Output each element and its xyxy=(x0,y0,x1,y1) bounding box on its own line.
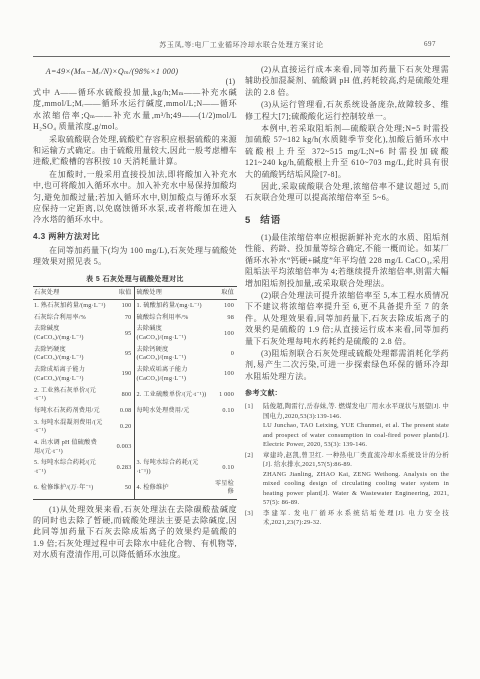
table-row: 去除钙硬度(CaCO₃)/(mg·L⁻¹) 95 去除钙硬度(CaCO₃)/(m… xyxy=(33,344,237,364)
table-cell xyxy=(135,438,210,458)
reference-chinese: 李建军. 发电厂循环水系统结垢处理[J]. 电力安全技术,2021,23(7):… xyxy=(263,510,449,527)
summary-paragraph-3: (3)阻垢剂联合石灰处理或硫酸处理都需消耗化学药剂,易产生二次污染,可进一步探索… xyxy=(245,348,449,382)
references-heading: 参考文献: xyxy=(245,388,449,398)
formula-note-paragraph: 式中 A——循环水硫酸投加量,kg/h;Mₘ——补充水碱度,mmol/L;Mᵣ—… xyxy=(33,87,237,133)
table-cell: 100 xyxy=(210,324,237,344)
reference-text: 李建军. 发电厂循环水系统结垢处理[J]. 电力安全技术,2021,23(7):… xyxy=(263,509,449,528)
table-cell: 0 xyxy=(210,344,237,364)
table-row: 去除碱度(CaCO₃)/(mg·L⁻¹) 95 去除碱度(CaCO₃)/(mg·… xyxy=(33,324,237,344)
reference-chinese: 陆俊超,陶雷行,岳春妹,等. 燃煤发电厂用水水平现状与展望[J]. 中国电力,2… xyxy=(263,403,449,420)
table-cell: 去除成垢离子能力(CaCO₃)/(mg·L⁻¹) xyxy=(135,365,210,385)
reference-marker: [2] xyxy=(245,451,258,508)
reference-english: LU Junchao, TAO Leixing, YUE Chunmei, et… xyxy=(263,422,449,448)
table-cell: 1. 硫酸加药量/(mg·L⁻¹) xyxy=(135,300,210,312)
reference-marker: [1] xyxy=(245,402,258,450)
table-cell: 190 xyxy=(108,365,135,385)
reference-chinese: 章建玲,赵凯,曾卫红. 一种热电厂类直流冷却水系统设计的分析[J]. 给水排水,… xyxy=(263,452,449,469)
table-cell: 100 xyxy=(210,365,237,385)
table-cell: 3. 每吨水混凝剂费用/(元·t⁻¹) xyxy=(33,417,108,437)
reference-item: [3] 李建军. 发电厂循环水系统结垢处理[J]. 电力安全技术,2021,23… xyxy=(245,509,449,528)
reference-text: 陆俊超,陶雷行,岳春妹,等. 燃煤发电厂用水水平现状与展望[J]. 中国电力,2… xyxy=(263,402,449,450)
table-cell: 每吨水处理费用/元 xyxy=(135,405,210,417)
table-cell: 50 xyxy=(108,478,135,499)
col-header-acid: 硫酸处理 xyxy=(135,286,210,300)
table-cell: 0.10 xyxy=(210,405,237,417)
table-cell: 95 xyxy=(108,324,135,344)
reference-text: 章建玲,赵凯,曾卫红. 一种热电厂类直流冷却水系统设计的分析[J]. 给水排水,… xyxy=(263,451,449,508)
paragraph-acid-storage: 采取硫酸联合处理,硫酸贮存容积应根据硫酸的来源和运输方式确定。由于硫酸用量较大,… xyxy=(33,134,237,168)
right-column: (2)从直接运行成本来看,同等加药量下石灰处理需辅助投加混凝剂、硫酸调 pH 值… xyxy=(245,64,449,562)
table-cell: 70 xyxy=(108,312,135,324)
table-cell: 1. 熟石灰加药量/(mg·L⁻¹) xyxy=(33,300,108,312)
section-4-3-heading: 4.3 两种方法对比 xyxy=(33,231,237,242)
section-5-heading: 5结语 xyxy=(245,212,449,226)
reference-marker: [3] xyxy=(245,509,258,528)
table-cell: 6. 检修维护/(万·年⁻¹) xyxy=(33,478,108,499)
col-header-lime: 石灰处理 xyxy=(33,286,108,300)
running-title: 苏玉凤,等:电厂工业循环冷却水联合处理方案讨论 xyxy=(159,41,324,49)
col-header-acid-value: 取值 xyxy=(210,286,237,300)
table-cell: 100 xyxy=(210,300,237,312)
section-5-number: 5 xyxy=(245,215,251,226)
paragraph-therefore: 因此,采取硫酸联合处理,浓缩倍率不建议超过 5,而石灰联合处理可以提高浓缩倍率至… xyxy=(245,181,449,204)
page-number: 697 xyxy=(424,40,436,48)
table-cell: 去除成垢离子能力(CaCO₃)/(mg·L⁻¹) xyxy=(33,365,108,385)
table-cell: 98 xyxy=(210,312,237,324)
formula: A=49×(Mₘ−Mᵣ/N)×Qₘ/(98%×1 000) xyxy=(33,67,237,76)
table-row: 2. 工业熟石灰单价/(元·t⁻¹) 800 2. 工业硫酸单价/(元·t⁻¹)… xyxy=(33,385,237,405)
paragraph-cost-comparison: (2)从直接运行成本来看,同等加药量下石灰处理需辅助投加混凝剂、硫酸调 pH 值… xyxy=(245,64,449,98)
table-cell xyxy=(210,417,237,437)
table-cell: 去除钙硬度(CaCO₃)/(mg·L⁻¹) xyxy=(33,344,108,364)
table-cell: 去除钙硬度(CaCO₃)/(mg·L⁻¹) xyxy=(135,344,210,364)
running-head: 苏玉凤,等:电厂工业循环冷却水联合处理方案讨论 697 xyxy=(33,40,450,54)
section-5-title: 结语 xyxy=(260,215,281,226)
table-cell: 5. 每吨水综合药耗/(元·t⁻¹) xyxy=(33,458,108,478)
table-cell: 去除碱度(CaCO₃)/(mg·L⁻¹) xyxy=(135,324,210,344)
table-5-caption: 表 5 石灰处理与硫酸处理对比 xyxy=(33,273,237,283)
table-cell: 4. 出水调 pH 值硫酸费用/(元·t⁻¹) xyxy=(33,438,108,458)
comparison-table: 石灰处理 取值 硫酸处理 取值 1. 熟石灰加药量/(mg·L⁻¹) 100 1… xyxy=(33,286,237,500)
table-cell: 每吨水石灰药剂费用/元 xyxy=(33,405,108,417)
table-row: 4. 出水调 pH 值硫酸费用/(元·t⁻¹) 0.003 xyxy=(33,438,237,458)
paragraph-acid-dosing: 在加酸时,一般采用直接投加法,即将酸加入补充水中,也可将酸加入循环水中。加入补充… xyxy=(33,169,237,226)
reference-item: [2] 章建玲,赵凯,曾卫红. 一种热电厂类直流冷却水系统设计的分析[J]. 给… xyxy=(245,451,449,508)
header-rule xyxy=(33,56,450,57)
table-cell: 3. 每吨水综合药耗/(元·t⁻¹)) xyxy=(135,458,210,478)
table-cell xyxy=(135,417,210,437)
table-row: 石灰综合利用率/% 70 硫酸综合利用率/% 98 xyxy=(33,312,237,324)
table-cell: 硫酸综合利用率/% xyxy=(135,312,210,324)
table-cell xyxy=(210,438,237,458)
col-header-lime-value: 取值 xyxy=(108,286,135,300)
table-row: 3. 每吨水混凝剂费用/(元·t⁻¹) 0.20 xyxy=(33,417,237,437)
two-column-body: A=49×(Mₘ−Mᵣ/N)×Qₘ/(98%×1 000) (1) 式中 A——… xyxy=(33,64,450,562)
table-row: 5. 每吨水综合药耗/(元·t⁻¹) 0.283 3. 每吨水综合药耗/(元·t… xyxy=(33,458,237,478)
table-cell: 800 xyxy=(108,385,135,405)
table-cell: 0.10 xyxy=(210,458,237,478)
table-cell: 石灰综合利用率/% xyxy=(33,312,108,324)
table-cell: 去除碱度(CaCO₃)/(mg·L⁻¹) xyxy=(33,324,108,344)
table-cell: 0.08 xyxy=(108,405,135,417)
table-cell: 100 xyxy=(108,300,135,312)
table-row: 6. 检修维护/(万·年⁻¹) 50 4. 检修维护 零星检修 xyxy=(33,478,237,499)
paragraph-effect-comparison: (1)从处理效果来看,石灰处理法在去除碳酸盐碱度的同时也去除了暂硬,而硫酸处理法… xyxy=(33,504,237,561)
table-cell: 0.20 xyxy=(108,417,135,437)
summary-paragraph-1: (1)最佳浓缩倍率应根据新鲜补充水的水质、阻垢剂性能、药龄、投加量等综合确定,不… xyxy=(245,232,449,289)
table-cell: 0.283 xyxy=(108,458,135,478)
reference-english: ZHANG Jianling, ZHAO Kai, ZENG Weihong. … xyxy=(263,471,449,507)
paragraph-compare-intro: 在同等加药量下(均为 100 mg/L),石灰处理与硫酸处理效果对照见表 5。 xyxy=(33,245,237,268)
table-row: 每吨水石灰药剂费用/元 0.08 每吨水处理费用/元 0.10 xyxy=(33,405,237,417)
table-cell: 95 xyxy=(108,344,135,364)
table-cell: 0.003 xyxy=(108,438,135,458)
formula-number: (1) xyxy=(33,76,237,87)
paragraph-example-dosing: 本例中,若采取阻垢剂—硫酸联合处理;N=5 时需投加硫酸 57~182 kg/h… xyxy=(245,123,449,180)
table-cell: 2. 工业硫酸单价/(元·t⁻¹)) xyxy=(135,385,210,405)
left-column: A=49×(Mₘ−Mᵣ/N)×Qₘ/(98%×1 000) (1) 式中 A——… xyxy=(33,64,237,562)
table-cell: 4. 检修维护 xyxy=(135,478,210,499)
journal-page: 苏玉凤,等:电厂工业循环冷却水联合处理方案讨论 697 A=49×(Mₘ−Mᵣ/… xyxy=(0,0,480,679)
reference-item: [1] 陆俊超,陶雷行,岳春妹,等. 燃煤发电厂用水水平现状与展望[J]. 中国… xyxy=(245,402,449,450)
summary-paragraph-2: (2)联合处理法可提升浓缩倍率至 5,本工程水质情况下不建议将浓缩倍率提升至 6… xyxy=(245,290,449,347)
paragraph-management-comparison: (3)从运行管理看,石灰系统设备庞杂,故障较多、维修工程大[7];硫酸酸化运行控… xyxy=(245,99,449,122)
table-cell: 2. 工业熟石灰单价/(元·t⁻¹) xyxy=(33,385,108,405)
table-header: 石灰处理 取值 硫酸处理 取值 xyxy=(33,286,237,300)
table-cell: 零星检修 xyxy=(210,478,237,499)
table-cell: 1 000 xyxy=(210,385,237,405)
table-header-row: 石灰处理 取值 硫酸处理 取值 xyxy=(33,286,237,300)
table-row: 去除成垢离子能力(CaCO₃)/(mg·L⁻¹) 190 去除成垢离子能力(Ca… xyxy=(33,365,237,385)
table-body: 1. 熟石灰加药量/(mg·L⁻¹) 100 1. 硫酸加药量/(mg·L⁻¹)… xyxy=(33,300,237,499)
table-row: 1. 熟石灰加药量/(mg·L⁻¹) 100 1. 硫酸加药量/(mg·L⁻¹)… xyxy=(33,300,237,312)
